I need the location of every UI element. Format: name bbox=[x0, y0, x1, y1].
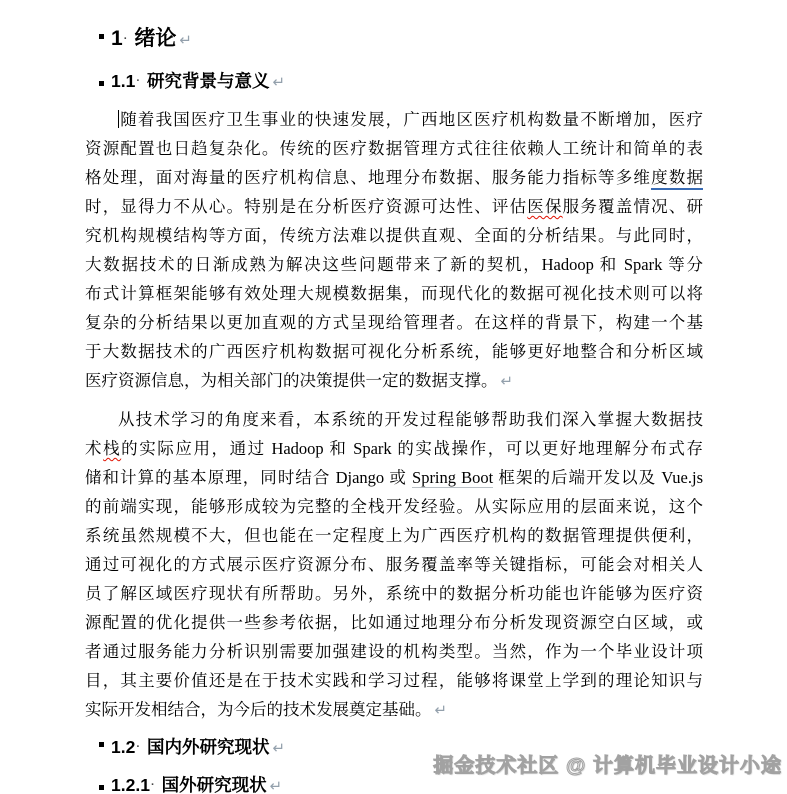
text-segment: 实际开发相结合，为今后的技术发展奠定基础。 bbox=[85, 700, 432, 719]
text-segment: 格处理，面对海量的医疗机构信息、地理分布数据、服务能力指标等多维 bbox=[85, 168, 651, 187]
document-page: 1·绪论↵ 1.1·研究背景与意义↵ 随着我国医疗卫生事业的快速发展，广西地区医… bbox=[0, 0, 787, 794]
heading-1: 1·绪论↵ bbox=[99, 25, 703, 54]
paragraph-mark-icon: ↵ bbox=[179, 31, 192, 49]
outline-level-icon bbox=[99, 81, 104, 86]
heading-number: 1 bbox=[111, 27, 123, 50]
text-segment: 复杂的分析结果以更加直观的方式呈现给管理者。在这样的背景下，构建一个基 bbox=[85, 313, 703, 332]
space-dot-icon: · bbox=[124, 33, 128, 45]
text-line: 大数据技术的日渐成熟为解决这些问题带来了新的契机，Hadoop 和 Spark … bbox=[85, 250, 703, 279]
spellcheck-error-text: 栈 bbox=[103, 439, 121, 458]
heading-title: 国内外研究现状 bbox=[147, 737, 270, 757]
heading-title: 绪论 bbox=[134, 27, 176, 50]
text-segment: 医疗资源信息，为相关部门的决策提供一定的数据支撑。 bbox=[85, 371, 498, 390]
text-line: 的前端实现，能够形成较为完整的全栈开发经验。从实际应用的层面来说，这个 bbox=[85, 492, 703, 521]
space-dot-icon: · bbox=[136, 75, 140, 87]
space-dot-icon: · bbox=[136, 741, 140, 753]
text-line: 通过可视化的方式展示医疗资源分布、服务覆盖率等关键指标，可能会对相关人 bbox=[85, 550, 703, 579]
grammar-underline-text: Spring Boot bbox=[412, 468, 493, 488]
text-line: 于大数据技术的广西医疗机构数据可视化分析系统，能够更好地整合和分析区域 bbox=[85, 337, 703, 366]
outline-level-icon bbox=[99, 785, 104, 790]
text-segment: 的前端实现，能够形成较为完整的全栈开发经验。从实际应用的层面来说，这个 bbox=[85, 497, 703, 516]
text-line: 格处理，面对海量的医疗机构信息、地理分布数据、服务能力指标等多维度数据 bbox=[85, 163, 703, 192]
paragraph-mark-icon: ↵ bbox=[435, 701, 448, 719]
text-line: 布式计算框架能够有效处理大规模数据集，而现代化的数据可视化技术则可以将 bbox=[85, 279, 703, 308]
text-segment: 于大数据技术的广西医疗机构数据可视化分析系统，能够更好地整合和分析区域 bbox=[85, 342, 703, 361]
text-segment: 随着我国医疗卫生事业的快速发展，广西地区医疗机构数量不断增加，医疗 bbox=[119, 110, 703, 129]
paragraph-mark-icon: ↵ bbox=[270, 777, 283, 794]
text-segment: 储和计算的基本原理，同时结合 Django 或 bbox=[85, 468, 412, 487]
text-segment: 究机构规模结构等方面，传统方法难以提供直观、全面的分析结果。与此同时， bbox=[85, 226, 703, 245]
text-segment: 时，显得力不从心。特别是在分析医疗资源可达性、评估 bbox=[85, 197, 527, 216]
heading-number: 1.2.1 bbox=[111, 775, 150, 794]
text-line: 资源配置也日趋复杂化。传统的医疗数据管理方式往往依赖人工统计和简单的表 bbox=[85, 134, 703, 163]
text-line: 储和计算的基本原理，同时结合 Django 或 Spring Boot 框架的后… bbox=[85, 463, 703, 492]
text-segment: 从技术学习的角度来看，本系统的开发过程能够帮助我们深入掌握大数据技 bbox=[118, 410, 703, 429]
text-line: 系统虽然规模不大，但也能在一定程度上为广西医疗机构的数据管理提供便利， bbox=[85, 521, 703, 550]
paragraph-mark-icon: ↵ bbox=[273, 739, 286, 757]
spellcheck-error-text: 医保 bbox=[527, 197, 562, 216]
text-segment: 资源配置也日趋复杂化。传统的医疗数据管理方式往往依赖人工统计和简单的表 bbox=[85, 139, 703, 158]
text-segment: 大数据技术的日渐成熟为解决这些问题带来了新的契机，Hadoop 和 Spark … bbox=[85, 255, 703, 274]
outline-level-icon bbox=[99, 742, 104, 747]
heading-title: 研究背景与意义 bbox=[147, 71, 270, 91]
text-segment: 的实际应用，通过 Hadoop 和 Spark 的实战操作，可以更好地理解分布式… bbox=[121, 439, 703, 458]
text-line: 随着我国医疗卫生事业的快速发展，广西地区医疗机构数量不断增加，医疗 bbox=[85, 105, 703, 134]
text-line: 术栈的实际应用，通过 Hadoop 和 Spark 的实战操作，可以更好地理解分… bbox=[85, 434, 703, 463]
watermark: 掘金技术社区 @ 计算机毕业设计小途 bbox=[433, 749, 782, 778]
text-line: 员了解区域医疗现状有所帮助。另外，系统中的数据分析功能也许能够为医疗资 bbox=[85, 579, 703, 608]
heading-title: 国外研究现状 bbox=[162, 775, 267, 794]
text-segment: 源配置的优化提供一些参考依据，比如通过地理分布分析发现资源空白区域，或 bbox=[85, 613, 703, 632]
text-segment: 服务覆盖情况、研 bbox=[563, 197, 703, 216]
document-content: 1·绪论↵ 1.1·研究背景与意义↵ 随着我国医疗卫生事业的快速发展，广西地区医… bbox=[0, 0, 787, 794]
grammar-underline-text: 度数据 bbox=[651, 168, 703, 190]
heading-number: 1.2 bbox=[111, 737, 135, 757]
text-line: 复杂的分析结果以更加直观的方式呈现给管理者。在这样的背景下，构建一个基 bbox=[85, 308, 703, 337]
text-line: 源配置的优化提供一些参考依据，比如通过地理分布分析发现资源空白区域，或 bbox=[85, 608, 703, 637]
text-line: 目，其主要价值还是在于技术实践和学习过程，能够将课堂上学到的理论知识与 bbox=[85, 666, 703, 695]
text-line: 时，显得力不从心。特别是在分析医疗资源可达性、评估医保服务覆盖情况、研 bbox=[85, 192, 703, 221]
text-line: 医疗资源信息，为相关部门的决策提供一定的数据支撑。↵ bbox=[85, 366, 703, 395]
text-segment: 通过可视化的方式展示医疗资源分布、服务覆盖率等关键指标，可能会对相关人 bbox=[85, 555, 703, 574]
text-line: 者通过服务能力分析识别需要加强建设的机构类型。当然，作为一个毕业设计项 bbox=[85, 637, 703, 666]
heading-1-1: 1.1·研究背景与意义↵ bbox=[99, 69, 703, 94]
text-line: 从技术学习的角度来看，本系统的开发过程能够帮助我们深入掌握大数据技 bbox=[85, 405, 703, 434]
paragraph-mark-icon: ↵ bbox=[501, 372, 514, 390]
paragraph-technical-learning: 从技术学习的角度来看，本系统的开发过程能够帮助我们深入掌握大数据技术栈的实际应用… bbox=[85, 405, 703, 724]
paragraph-research-background: 随着我国医疗卫生事业的快速发展，广西地区医疗机构数量不断增加，医疗资源配置也日趋… bbox=[85, 105, 703, 395]
text-segment: 系统虽然规模不大，但也能在一定程度上为广西医疗机构的数据管理提供便利， bbox=[85, 526, 703, 545]
text-segment: 术 bbox=[85, 439, 103, 458]
paragraph-mark-icon: ↵ bbox=[273, 73, 286, 91]
outline-level-icon bbox=[99, 34, 104, 39]
text-line: 究机构规模结构等方面，传统方法难以提供直观、全面的分析结果。与此同时， bbox=[85, 221, 703, 250]
text-segment: 布式计算框架能够有效处理大规模数据集，而现代化的数据可视化技术则可以将 bbox=[85, 284, 703, 303]
text-segment: 员了解区域医疗现状有所帮助。另外，系统中的数据分析功能也许能够为医疗资 bbox=[85, 584, 703, 603]
heading-number: 1.1 bbox=[111, 71, 135, 91]
text-segment: 者通过服务能力分析识别需要加强建设的机构类型。当然，作为一个毕业设计项 bbox=[85, 642, 703, 661]
space-dot-icon: · bbox=[151, 779, 155, 791]
text-segment: 框架的后端开发以及 Vue.js bbox=[493, 468, 703, 487]
text-line: 实际开发相结合，为今后的技术发展奠定基础。↵ bbox=[85, 695, 703, 724]
text-segment: 目，其主要价值还是在于技术实践和学习过程，能够将课堂上学到的理论知识与 bbox=[85, 671, 703, 690]
